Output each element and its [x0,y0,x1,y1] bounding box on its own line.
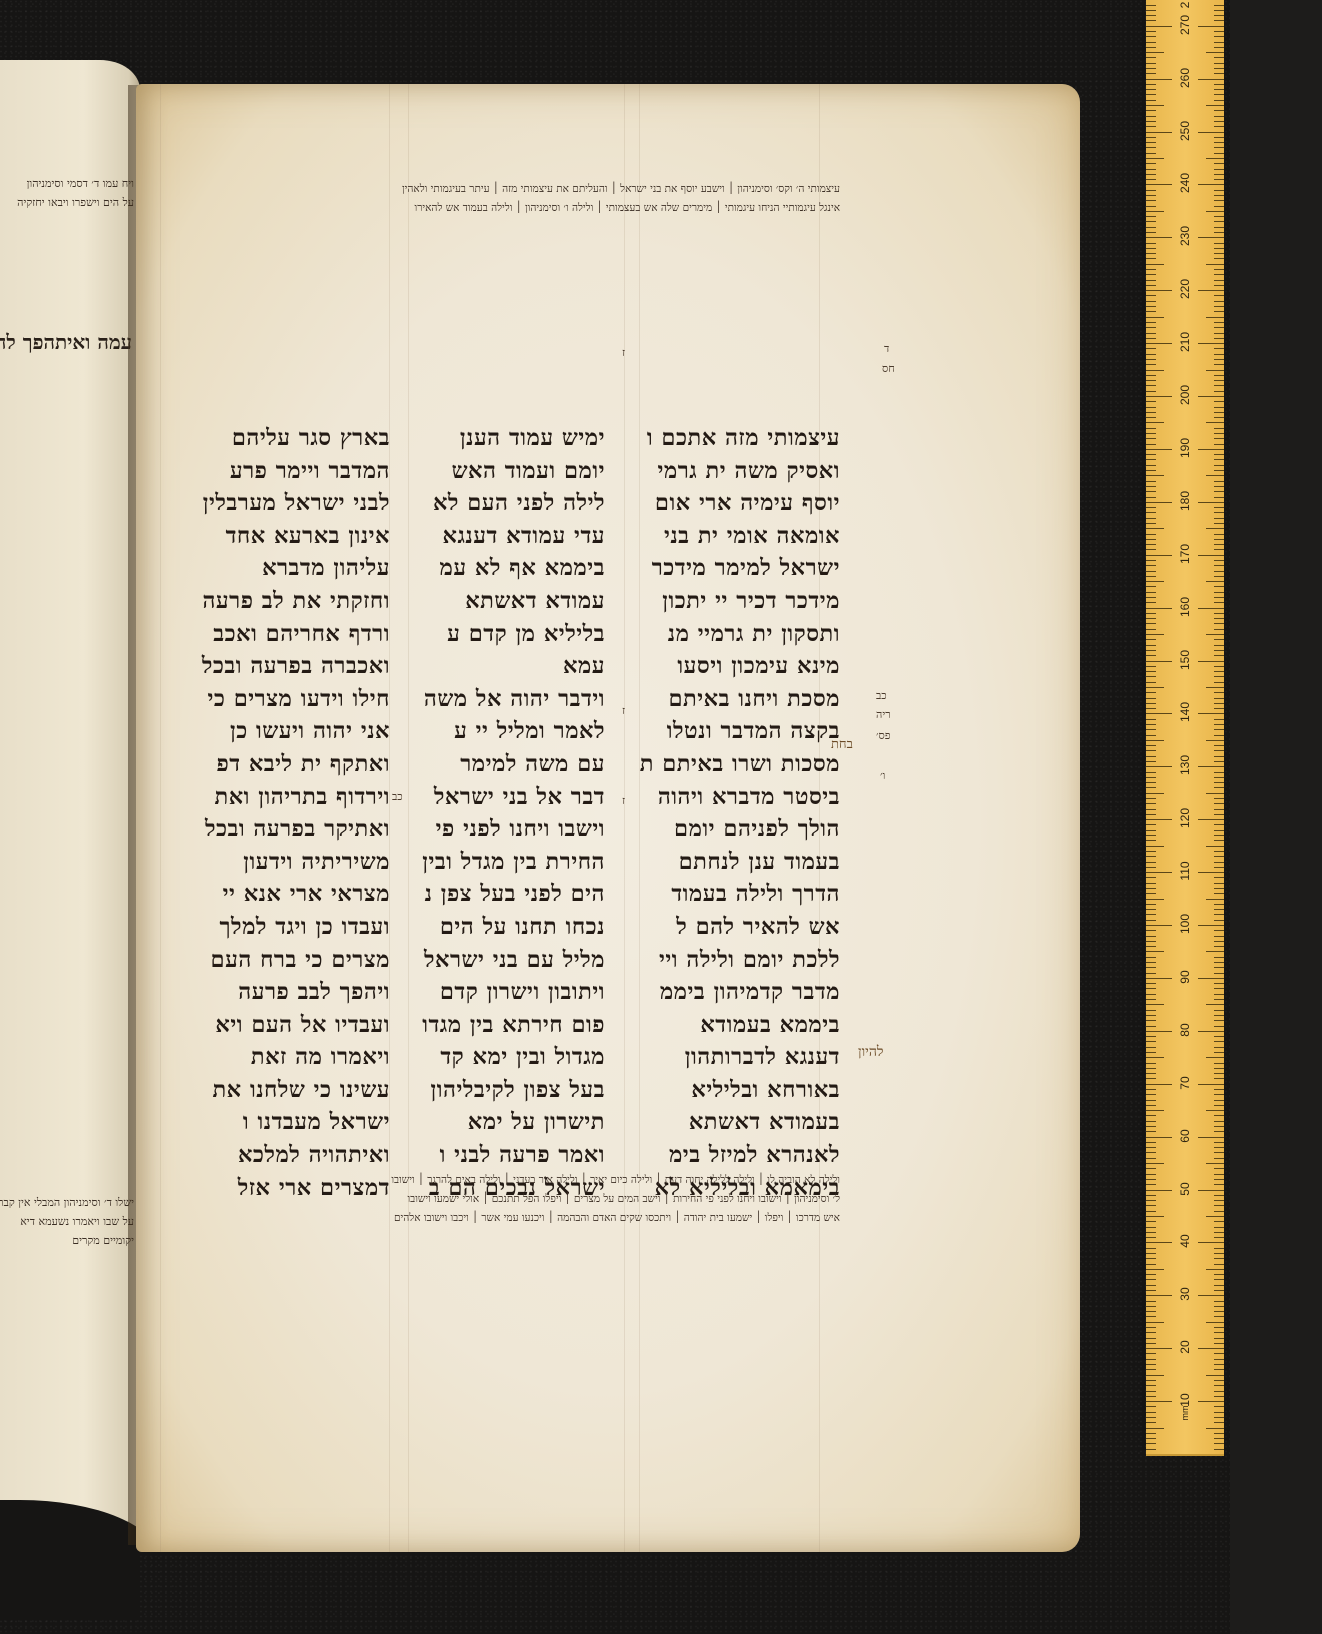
ruler-tick [1146,470,1156,471]
ruler-tick [1214,1115,1224,1116]
ruler-tick [1146,1322,1164,1323]
ruler-tick [1146,830,1156,831]
ruler-tick [1146,359,1156,360]
ruler-tick [1214,94,1224,95]
ruler-tick [1146,1158,1156,1159]
ruler-tick [1146,1380,1156,1381]
ruler-tick [1146,433,1156,434]
ruler-tick [1214,719,1224,720]
ruler-tick [1146,73,1156,74]
margin-note-correction: להיון [858,1044,883,1061]
text-line: ועבדו כן ויגד למלך [165,911,390,944]
ruler-tick [1214,200,1224,201]
ruler-tick [1146,645,1156,646]
ruler-tick [1214,10,1224,11]
text-line: ויתובון וישרון קדם [390,976,605,1009]
ruler-tick [1214,1100,1224,1101]
text-line: וידבר יהוה אל משה [390,683,605,716]
page-bottom-curve [0,1500,140,1620]
ruler-tick [1146,877,1156,878]
ruler-tick [1146,174,1156,175]
ruler-tick [1206,634,1224,635]
ruler-tick [1146,650,1156,651]
ruler-tick [1214,190,1224,191]
ruler-tick [1146,798,1156,799]
ruler-tick [1146,1391,1156,1392]
ruler-tick [1146,110,1156,111]
ruler-tick [1214,311,1224,312]
ruler-tick [1146,491,1156,492]
ruler-tick [1214,914,1224,915]
text-line: עם משה למימר [390,748,605,781]
ruler-tick [1214,280,1224,281]
ruler-tick [1214,1221,1224,1222]
ruler-tick [1146,1338,1156,1339]
ruler-tick [1198,1295,1224,1296]
ruler-tick [1146,539,1156,540]
ruler-tick [1146,285,1156,286]
ruler-tick [1146,1449,1156,1450]
ruler-tick [1214,459,1224,460]
ruler-tick [1146,729,1156,730]
ruler-tick [1146,560,1156,561]
ruler-tick [1206,1110,1224,1111]
ruler-tick [1146,1274,1156,1275]
ruler-tick [1146,89,1156,90]
ruler-tick [1198,766,1224,767]
ruler-tick [1146,1084,1172,1085]
ruler-tick [1214,1105,1224,1106]
ruler-tick [1146,84,1156,85]
text-line: ורדף אחריהם ואכב [165,618,390,651]
ruler-tick [1146,258,1156,259]
ruler-tick [1214,481,1224,482]
text-line: ואתקף ית ליבא דפ [165,748,390,781]
ruler-tick [1214,63,1224,64]
ruler-tick [1146,158,1164,159]
ruler-tick [1214,433,1224,434]
ruler-tick [1214,216,1224,217]
ruler-tick [1146,1311,1156,1312]
ruler-tick [1214,518,1224,519]
ruler-tick [1206,422,1224,423]
ruler-tick [1214,497,1224,498]
ruler-tick [1214,1089,1224,1090]
ruler-tick [1214,549,1224,550]
ruler-tick [1146,1242,1172,1243]
ruler-tick [1146,777,1156,778]
ruler-tick [1146,1359,1156,1360]
ruler-tick [1146,422,1164,423]
ruler-tick [1214,322,1224,323]
ruler-tick [1146,1290,1156,1291]
ruler-tick [1146,571,1156,572]
ruler-tick [1146,698,1156,699]
ruler-tick [1214,1174,1224,1175]
text-line: מצראי ארי אנא יי [165,878,390,911]
ruler-tick [1214,1301,1224,1302]
ruler-tick [1146,1152,1156,1153]
ruler-tick [1146,793,1164,794]
ruler-tick [1146,169,1156,170]
text-line: לבני ישראל מערבלין [165,487,390,520]
ruler-tick [1146,1131,1156,1132]
ruler-tick [1206,1269,1224,1270]
ruler-tick [1214,438,1224,439]
ruler-tick [1198,184,1224,185]
ruler-tick [1146,47,1156,48]
ruler-tick [1214,486,1224,487]
margin-note: חס [882,362,895,375]
ruler-tick [1214,534,1224,535]
ruler-tick [1214,650,1224,651]
ruler-tick [1214,1052,1224,1053]
ruler-tick [1214,1232,1224,1233]
ruler-tick [1146,920,1156,921]
ruler-tick [1214,169,1224,170]
ruler-tick [1214,724,1224,725]
ruler-tick [1146,740,1164,741]
text-line: מסכות ושרו באיתם ת [630,748,840,781]
ruler-tick [1214,195,1224,196]
ruler-tick [1198,290,1224,291]
ruler-tick [1146,42,1156,43]
ruler-tick [1214,1248,1224,1249]
ruler-tick [1146,1306,1156,1307]
ruler-tick [1146,745,1156,746]
ruler-tick [1214,909,1224,910]
ruler-tick [1214,15,1224,16]
ruler-tick [1146,1253,1156,1254]
ruler-label: 260 [1178,65,1192,91]
ruler-tick [1214,941,1224,942]
text-line: ויהפך לבב פרעה [165,976,390,1009]
ruler-tick [1206,846,1224,847]
text-line: עליהון מדברא [165,552,390,585]
ruler-tick [1214,957,1224,958]
ruler-tick [1146,1428,1164,1429]
ruler-tick [1214,920,1224,921]
ruler-tick [1214,523,1224,524]
ruler-tick [1214,333,1224,334]
ruler-tick [1146,1433,1156,1434]
ruler-tick [1214,571,1224,572]
ruler-tick [1146,248,1156,249]
ruler-tick [1198,661,1224,662]
ruler-tick [1214,1237,1224,1238]
ruler-tick [1146,274,1156,275]
ruler-label: 180 [1178,488,1192,514]
ruler-tick [1146,63,1156,64]
ruler-tick [1146,68,1156,69]
ruler-tick [1214,407,1224,408]
ruler-tick [1146,586,1156,587]
ruler-tick [1146,1195,1156,1196]
ruler-tick [1214,174,1224,175]
ruler-tick [1214,1200,1224,1201]
ruler-tick [1214,1438,1224,1439]
ruler-tick [1214,735,1224,736]
ruler-tick [1214,36,1224,37]
ruler-tick [1146,994,1156,995]
ruler-tick [1146,909,1156,910]
text-line: מליל עם בני ישראל [390,944,605,977]
ruler-tick [1214,391,1224,392]
ruler-tick [1214,750,1224,751]
ruler-tick [1146,1343,1156,1344]
text-line: וירדוף בתריהון ואת [165,781,390,814]
ruler-tick [1214,1253,1224,1254]
ruler-label: 140 [1178,699,1192,725]
ruler-tick [1214,306,1224,307]
ruler-tick [1146,507,1156,508]
ruler-tick [1146,200,1156,201]
ruler-label: 150 [1178,647,1192,673]
ruler-tick [1214,930,1224,931]
ruler-tick [1146,623,1156,624]
ruler-tick [1214,1010,1224,1011]
ruler-tick [1214,1443,1224,1444]
ruler-tick [1146,1168,1156,1169]
ruler-tick [1146,1237,1156,1238]
ruler-tick [1214,809,1224,810]
ruler-tick [1214,1396,1224,1397]
ruler-tick [1214,243,1224,244]
ruler-tick [1214,1359,1224,1360]
ruler-tick [1146,867,1156,868]
ruler-tick [1214,936,1224,937]
masorah-magna-bottom: ולילה לא הוביה לו ׀ ולילה ללילה יחוה דעת… [391,1171,840,1228]
ruler-tick [1146,1417,1156,1418]
ruler-tick [1146,893,1156,894]
ruler-tick [1146,708,1156,709]
ruler-tick [1146,1248,1156,1249]
ruler-tick [1214,1449,1224,1450]
ruler-tick [1146,925,1172,926]
ruler-tick [1146,79,1172,80]
ruler-tick [1146,523,1156,524]
ruler-tick [1214,5,1224,6]
ruler-tick [1146,1110,1164,1111]
ruler-tick [1146,15,1156,16]
ruler-tick [1214,1063,1224,1064]
ruler-tick [1214,629,1224,630]
ruler-tick [1214,698,1224,699]
text-line: ואסיק משה ית גרמי [630,455,840,488]
ruler-tick [1198,1242,1224,1243]
ruler-tick [1146,1174,1156,1175]
ruler-tick [1214,745,1224,746]
ruler-tick [1146,280,1156,281]
ruler-tick [1214,888,1224,889]
ruler-label: 130 [1178,752,1192,778]
ruler-tick [1198,555,1224,556]
ruler-tick [1198,819,1224,820]
ruler-tick [1214,1417,1224,1418]
ruler-tick [1146,243,1156,244]
text-line: באורחא ובליליא [630,1074,840,1107]
ruler-tick [1146,1258,1156,1259]
ruler-tick [1206,158,1224,159]
ruler-tick [1146,190,1156,191]
margin-note-correction: בחת [831,736,853,752]
ruler-tick [1206,1428,1224,1429]
ruler-tick [1146,782,1156,783]
ruler-tick [1146,1279,1156,1280]
text-line: לילה לפני העם לא [390,487,605,520]
ruling-line [624,84,625,1552]
ruler-tick [1214,597,1224,598]
ruler-tick [1214,1353,1224,1354]
verse-marker: ז [622,704,625,717]
ruler-label: 240 [1178,170,1192,196]
ruler-tick [1146,1078,1156,1079]
ruler-tick [1146,31,1156,32]
ruler-tick [1146,676,1156,677]
ruler-tick [1146,1147,1156,1148]
ruler-tick [1146,444,1156,445]
ruler-tick [1214,285,1224,286]
ruler-tick [1146,57,1156,58]
ruler-tick [1214,57,1224,58]
ruler-tick [1146,1401,1172,1402]
ruler-tick [1146,1406,1156,1407]
ruler-tick [1214,729,1224,730]
ruler-label: 170 [1178,541,1192,567]
ruler-tick [1146,671,1156,672]
ruler-tick [1214,364,1224,365]
ruler-tick [1214,354,1224,355]
ruler-tick [1146,153,1156,154]
ruler-tick [1214,1036,1224,1037]
ruler-tick [1214,465,1224,466]
ruler-tick [1146,1422,1156,1423]
ruler-tick [1214,613,1224,614]
text-line: אומאה אומי ית בני [630,520,840,553]
ruler-tick [1146,555,1172,556]
text-line: בארץ סגר עליהם [165,422,390,455]
text-line: פום חירתא בין מגדו [390,1009,605,1042]
ruler-tick [1214,946,1224,947]
ruler-tick [1214,163,1224,164]
ruler-tick [1214,1168,1224,1169]
ruler-tick [1146,375,1156,376]
ruler-tick [1146,5,1156,6]
masorah-line: ישלו ד׳ וסימניהון המבלי אין קברים [0,1193,134,1212]
ruler-tick [1214,623,1224,624]
ruler-tick [1146,1221,1156,1222]
ruler-tick [1214,708,1224,709]
ruler-tick [1146,502,1172,503]
ruler-tick [1146,787,1156,788]
ruler-tick [1146,343,1172,344]
ruler-tick [1146,634,1164,635]
ruler-tick [1214,851,1224,852]
ruler-tick [1146,1200,1156,1201]
masorah-line: על הים וישפרו ויבאו יחזקיה [17,193,134,212]
text-line: ישראל מעבדנו ו [165,1106,390,1139]
ruler-tick [1146,1232,1156,1233]
ruler-tick [1198,1348,1224,1349]
ruler-tick [1206,581,1224,582]
ruler-tick [1146,1332,1156,1333]
ruler-label: 60 [1178,1123,1192,1149]
ruler-tick [1146,1068,1156,1069]
ruler-tick [1146,1375,1164,1376]
ruler-tick [1146,1052,1156,1053]
ruler-tick [1146,803,1156,804]
ruler-tick [1214,1311,1224,1312]
ruler-tick [1214,682,1224,683]
ruler-tick [1146,1205,1156,1206]
ruler-tick [1206,1004,1224,1005]
text-line: תישרון על ימא [390,1106,605,1139]
ruler-tick [1214,221,1224,222]
ruler-tick [1206,211,1224,212]
ruler-tick [1146,396,1172,397]
ruler-tick [1146,306,1156,307]
text-line: ותסקון ית גרמיי מנ [630,618,840,651]
text-line: וחזקתי את לב פרעה [165,585,390,618]
ruler-tick [1214,1026,1224,1027]
ruler-tick [1214,883,1224,884]
ruler-tick [1146,518,1156,519]
ruler-tick [1146,163,1156,164]
ruler-label: 210 [1178,329,1192,355]
ruler-tick [1146,655,1156,656]
ruler-tick [1146,10,1156,11]
masorah-line: עיצמותי ה׳ וקס׳ וסימניהון ׀ וישבע יוסף א… [402,180,840,199]
ruler-tick [1214,1274,1224,1275]
ruler-tick [1214,1152,1224,1153]
ruler-tick [1214,269,1224,270]
ruler-tick [1146,914,1156,915]
ruler-tick [1214,121,1224,122]
ruler-tick [1198,978,1224,979]
ruler-tick [1146,872,1172,873]
ruler-tick [1214,412,1224,413]
ruler-tick [1146,856,1156,857]
ruler-tick [1214,782,1224,783]
text-line: ביממא אף לא עמ [390,552,605,585]
ruler-tick [1146,835,1156,836]
ruler-tick [1214,973,1224,974]
ruler-tick [1214,560,1224,561]
ruler-tick [1198,396,1224,397]
ruler-tick [1146,1295,1172,1296]
ruler-tick [1146,311,1156,312]
ruler-tick [1146,121,1156,122]
ruler-tick [1146,486,1156,487]
ruler-tick [1146,1385,1156,1386]
ruler-tick [1146,216,1156,217]
ruler-tick [1146,534,1156,535]
ruler-tick [1214,1047,1224,1048]
ruler-tick [1146,126,1156,127]
ruler-tick [1214,327,1224,328]
ruler-tick [1146,967,1156,968]
background-cloth [1230,0,1322,1634]
ruler-tick [1214,645,1224,646]
ruler-tick [1214,856,1224,857]
ruler-tick [1214,1343,1224,1344]
ruler-tick [1214,756,1224,757]
ruler-tick [1198,713,1224,714]
ruler-tick [1146,862,1156,863]
masorah-line: אינגל עיגמותיי הניחו עיגמותי ׀ מימרים של… [402,199,840,218]
ruler-tick [1146,137,1156,138]
ruler-tick [1146,481,1156,482]
